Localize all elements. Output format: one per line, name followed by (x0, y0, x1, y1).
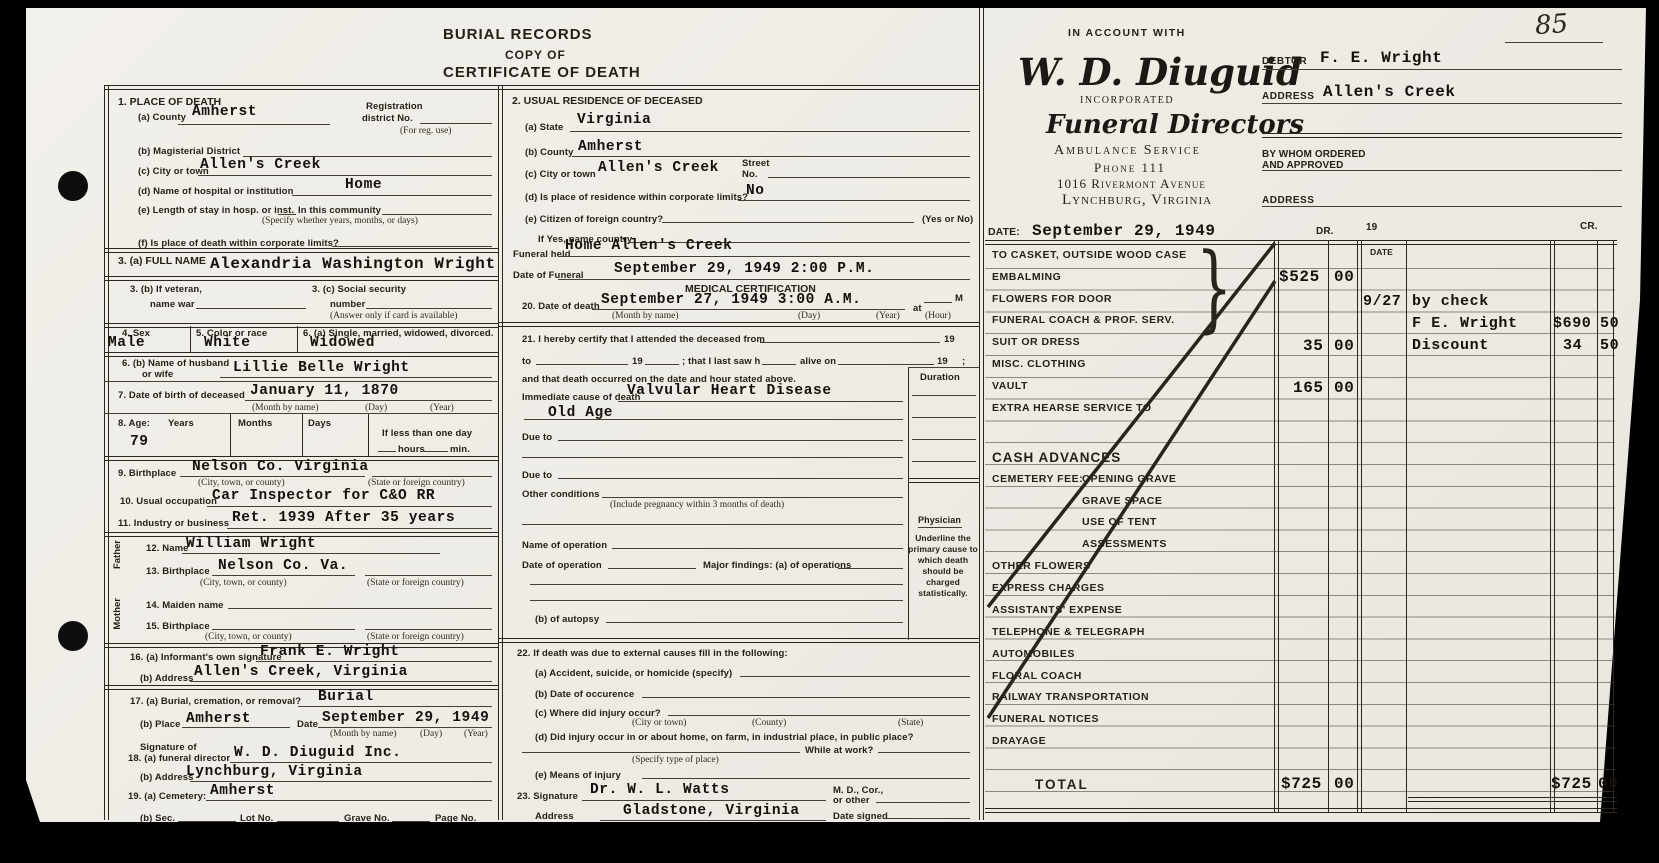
rule (1262, 69, 1622, 70)
s9-hint2: (State or foreign country) (368, 478, 465, 488)
rule (560, 256, 970, 257)
rule (668, 715, 970, 716)
spouse-label2: or wife (142, 369, 173, 380)
cause-of-death-value[interactable]: Valvular Heart Disease (627, 383, 832, 399)
s17b-label: (b) Place (140, 719, 181, 730)
rule (602, 497, 903, 498)
rule (1262, 103, 1622, 104)
s17-hint-day: (Day) (420, 729, 442, 739)
s1d-hospital-value[interactable]: Home (345, 177, 382, 193)
sex-value[interactable]: Male (108, 335, 145, 351)
firm-name-logo: W. D. Diuguid (1018, 50, 1302, 94)
s11-label: 11. Industry or business (118, 518, 229, 529)
s2b-label: (b) County (525, 147, 574, 158)
dr-total-cents[interactable]: 00 (1334, 775, 1354, 793)
rule (642, 697, 970, 698)
father-birthplace-value[interactable]: Nelson Co. Va. (218, 558, 348, 574)
rule (378, 451, 396, 452)
father-side-label: Father (112, 540, 123, 569)
rule (608, 568, 696, 569)
s2d-label: (d) Is place of residence within corpora… (525, 192, 748, 203)
incorporated-label: INCORPORATED (1080, 95, 1174, 106)
s10-label: 10. Usual occupation (120, 496, 217, 507)
s2a-label: (a) State (525, 122, 563, 133)
s21-19b: 19 (632, 356, 643, 367)
scanned-burial-record: BURIAL RECORDS COPY OF CERTIFICATE OF DE… (0, 0, 1659, 863)
rule (104, 248, 498, 253)
rule (180, 476, 365, 477)
phone-label: Phone 111 (1094, 160, 1166, 176)
s22c-hint1: (City or town) (632, 718, 686, 728)
burial-type-value[interactable]: Burial (318, 689, 374, 705)
rule (198, 175, 492, 176)
residence-county-value[interactable]: Amherst (578, 139, 643, 155)
s1-reg-label2: district No. (362, 113, 413, 124)
funeral-held-value[interactable]: Home Allen's Creek (565, 238, 732, 254)
rule (230, 414, 231, 456)
rule (924, 302, 952, 303)
s2e-hint: (Yes or No) (922, 214, 973, 225)
rule (190, 781, 492, 782)
s22d-hint: (Specify type of place) (632, 755, 719, 765)
s1a-label: (a) County (138, 112, 186, 123)
occupation-value[interactable]: Car Inspector for C&O RR (212, 488, 435, 504)
s23-label: 23. Signature (517, 791, 578, 802)
rule (908, 478, 979, 483)
s1-reg-hint: (For reg. use) (400, 126, 451, 136)
s21-aliveon: alive on (800, 356, 836, 367)
dr-total-amount[interactable]: $725 (1281, 775, 1322, 793)
rule (207, 506, 492, 507)
s13-hint2: (State or foreign country) (367, 578, 464, 588)
rule (592, 309, 905, 310)
age-value[interactable]: 79 (130, 434, 149, 450)
rule (1505, 42, 1603, 43)
rule (524, 419, 903, 420)
rule (762, 364, 796, 365)
rule (212, 575, 355, 576)
rule (606, 622, 903, 623)
dr-amount-suit[interactable]: 35 (1303, 337, 1323, 355)
s15-label: 15. Birthplace (146, 621, 210, 632)
rule (918, 527, 962, 528)
rule (420, 123, 492, 124)
s2c-label: (c) City or town (525, 169, 596, 180)
s8-years: Years (168, 418, 194, 429)
funeral-date-value[interactable]: September 29, 1949 2:00 P.M. (614, 261, 874, 277)
rule (178, 821, 236, 822)
rule (365, 629, 492, 630)
rule (104, 85, 979, 90)
rule (558, 279, 970, 280)
rule (642, 778, 970, 779)
total-label: TOTAL (1035, 777, 1089, 792)
rule (740, 676, 970, 677)
s3c-label: 3. (c) Social security (312, 284, 406, 295)
debtor-label: DEBTOR (1262, 56, 1307, 67)
rule (206, 800, 492, 801)
mother-side-label: Mother (112, 598, 123, 630)
rule (365, 575, 492, 576)
cr-cents-check[interactable]: 50 (1600, 315, 1619, 332)
cr-entry-payer[interactable]: F E. Wright (1412, 315, 1518, 332)
rule (760, 342, 940, 343)
doc-title-1: BURIAL RECORDS (443, 26, 593, 43)
physician-signature-value[interactable]: Dr. W. L. Watts (590, 782, 730, 798)
rule (498, 85, 503, 820)
funeral-director-value[interactable]: W. D. Diuguid Inc. (234, 745, 401, 761)
rule (332, 246, 492, 247)
s15-hint2: (State or foreign country) (367, 632, 464, 642)
bill-address-label: ADDRESS (1262, 91, 1314, 102)
rule (1262, 170, 1622, 171)
duration-label: Duration (920, 372, 960, 383)
dr-amount-vault[interactable]: 165 (1293, 379, 1324, 397)
ordered-by-label1: BY WHOM ORDERED (1262, 149, 1366, 160)
s20-hint-month: (Month by name) (612, 311, 679, 321)
s9-hint1: (City, town, or county) (198, 478, 285, 488)
informant-signature-value[interactable]: Frank E. Wright (260, 644, 400, 660)
s15-hint1: (City, town, or county) (205, 632, 292, 642)
rule (178, 124, 330, 125)
rule (912, 439, 976, 440)
rule (612, 548, 903, 549)
rule (298, 706, 492, 707)
due-to-1-label: Due to (522, 432, 552, 443)
rule (558, 478, 903, 479)
dr-cents-embalming[interactable]: 00 (1334, 268, 1354, 286)
s19-page: Page No. (435, 813, 476, 824)
rule (885, 818, 970, 819)
rule (876, 802, 970, 803)
bill-address-value[interactable]: Allen's Creek (1323, 83, 1456, 101)
dr-cents-vault[interactable]: 00 (1334, 379, 1354, 397)
s19-grave: Grave No. (344, 813, 390, 824)
rule (104, 685, 498, 690)
dr-cents-suit[interactable]: 00 (1334, 337, 1354, 355)
s18a-label1: Signature of (140, 742, 197, 753)
rule (1406, 241, 1407, 813)
operation-label: Name of operation (522, 540, 607, 551)
s23-signed-label: Date signed (833, 811, 888, 822)
rule (278, 214, 296, 215)
s22-work-label: While at work? (805, 745, 873, 756)
rule (182, 727, 290, 728)
rule (424, 451, 448, 452)
s1b-label: (b) Magisterial District (138, 146, 240, 157)
father-name-value[interactable]: William Wright (186, 536, 316, 552)
rule (318, 727, 492, 728)
physician-note: Underline the primary cause to which dea… (908, 533, 978, 599)
s1-reg-label: Registration (366, 101, 423, 112)
industry-value[interactable]: Ret. 1939 After 35 years (232, 510, 455, 526)
birthdate-value[interactable]: January 11, 1870 (250, 383, 399, 399)
s19a-label: 19. (a) Cemetery: (128, 791, 206, 802)
cr-column-header: CR. (1580, 221, 1598, 232)
s19b-label: (b) Sec. (140, 813, 175, 824)
rule (618, 401, 903, 402)
s8-min: min. (450, 444, 470, 455)
s20-at-label: at (913, 303, 922, 314)
rule (768, 177, 970, 178)
s22c-hint2: (County) (752, 718, 786, 728)
city-state-label: Lynchburg, Virginia (1062, 192, 1212, 209)
s20-m-label: M (955, 293, 963, 304)
punch-hole-top (58, 171, 88, 201)
cemetery-value[interactable]: Amherst (210, 783, 275, 799)
cr-entry-date[interactable]: 9/27 (1363, 293, 1401, 310)
s1e-label2: In this community (298, 205, 381, 216)
rule (1262, 206, 1622, 207)
dr-column-header: DR. (1316, 226, 1334, 237)
doc-title-3: CERTIFICATE OF DEATH (443, 64, 641, 81)
rule (600, 820, 826, 821)
s3a-label: 3. (a) FULL NAME (118, 255, 206, 267)
s9-label: 9. Birthplace (118, 468, 176, 479)
rule (104, 381, 498, 382)
physician-label: Physician (918, 515, 961, 525)
rule (104, 413, 498, 414)
s22-title: 22. If death was due to external causes … (517, 648, 788, 659)
s8-less: If less than one day (382, 428, 472, 439)
rule (392, 821, 430, 822)
cr-entry-discount[interactable]: Discount (1412, 337, 1489, 354)
s21-19a: 19 (944, 334, 955, 345)
s22a-label: (a) Accident, suicide, or homicide (spec… (535, 668, 732, 679)
s1e-label: (e) Length of stay in hosp. or inst. (138, 205, 294, 216)
residence-city-value[interactable]: Allen's Creek (598, 160, 719, 176)
rule (104, 276, 498, 281)
s20-hint-year: (Year) (876, 311, 900, 321)
s21-line1: 21. I hereby certify that I attended the… (522, 334, 765, 345)
rule (1408, 797, 1617, 802)
punch-hole-bottom (58, 621, 88, 651)
s3b-label2: name war (150, 299, 195, 310)
rule (366, 308, 492, 309)
rule (912, 461, 976, 462)
s8-months: Months (238, 418, 272, 429)
funeral-held-label: Funeral held (513, 249, 571, 260)
s3c-hint: (Answer only if card is available) (330, 311, 457, 321)
ledger-item: DRAYAGE (992, 735, 1046, 747)
rule (838, 568, 903, 569)
in-account-with-label: IN ACCOUNT WITH (1068, 27, 1186, 39)
s21-semi: ; (962, 356, 965, 367)
s22b-label: (b) Date of occurence (535, 689, 634, 700)
s23-md-label2: or other (833, 795, 870, 806)
birthplace-value[interactable]: Nelson Co. Virginia (192, 459, 369, 475)
rule (190, 326, 191, 352)
residence-state-value[interactable]: Virginia (577, 112, 651, 128)
s2e-label: (e) Citizen of foreign country? (525, 214, 663, 225)
s1d-label: (d) Name of hospital or institution (138, 186, 294, 197)
rule (196, 308, 306, 309)
cr-amount-discount[interactable]: 34 (1563, 337, 1582, 354)
s23-address-label: Address (535, 811, 574, 822)
s22e-label: (e) Means of injury (535, 770, 621, 781)
rule (570, 131, 970, 132)
rule (277, 821, 339, 822)
rule (1262, 133, 1622, 138)
rule (228, 608, 492, 609)
rule (912, 417, 976, 418)
s17-date-label: Date (297, 719, 318, 730)
corporate-limits-value[interactable]: No (746, 183, 765, 199)
year-header: 19 (1366, 222, 1377, 233)
race-value[interactable]: White (204, 335, 251, 351)
informant-address-value[interactable]: Allen's Creek, Virginia (194, 664, 408, 680)
s18a-label2: 18. (a) funeral director (128, 753, 230, 764)
ambulance-service-label: Ambulance Service (1054, 143, 1201, 159)
rule (104, 85, 109, 820)
s19-lot: Lot No. (240, 813, 273, 824)
fullname-value[interactable]: Alexandria Washington Wright (210, 255, 496, 273)
street-address-label: 1016 Rivermont Avenue (1057, 176, 1206, 192)
s21-to: to (522, 356, 531, 367)
cr-cents-discount[interactable]: 50 (1600, 337, 1619, 354)
s22c-hint3: (State) (898, 718, 923, 728)
s1c-city-value[interactable]: Allen's Creek (200, 157, 321, 173)
rule (522, 752, 800, 753)
rule (522, 457, 903, 458)
rule (558, 440, 903, 441)
rule (979, 8, 984, 820)
autopsy-label: (b) of autopsy (535, 614, 599, 625)
rule (227, 528, 492, 529)
due-to-2-label: Due to (522, 470, 552, 481)
s7-hint-day: (Day) (365, 403, 387, 413)
s7-label: 7. Date of birth of deceased (118, 390, 245, 401)
marital-value[interactable]: Widowed (310, 335, 375, 351)
address2-label: ADDRESS (1262, 195, 1314, 206)
director-address-value[interactable]: Lynchburg, Virginia (186, 764, 363, 780)
rule (368, 414, 369, 456)
rule (878, 752, 970, 753)
rule (220, 377, 492, 378)
burial-date-value[interactable]: September 29, 1949 (322, 710, 489, 726)
burial-place-value[interactable]: Amherst (186, 711, 251, 727)
rule (645, 364, 679, 365)
rule (838, 364, 934, 365)
rule (908, 367, 909, 640)
physician-address-value[interactable]: Gladstone, Virginia (623, 803, 800, 819)
rule (738, 200, 970, 201)
rule (212, 629, 355, 630)
s8-days: Days (308, 418, 331, 429)
s1e-hint: (Specify whether years, months, or days) (262, 216, 418, 226)
bill-date-label: DATE: (988, 226, 1020, 238)
s14-label: 14. Maiden name (146, 600, 224, 611)
rule (522, 524, 903, 525)
s3b-label: 3. (b) If veteran, (130, 284, 202, 295)
rule (582, 800, 826, 801)
diagonal-strikethrough-lines (985, 240, 1280, 722)
page-number-handwritten: 85 (1534, 9, 1569, 41)
rule (908, 367, 979, 368)
s20-hint-hour: (Hour) (925, 311, 951, 321)
cr-entry-bycheck[interactable]: by check (1412, 293, 1489, 310)
rule (498, 638, 979, 643)
s17-hint-month: (Month by name) (330, 729, 397, 739)
s7-hint-month: (Month by name) (252, 403, 319, 413)
rule (302, 414, 303, 456)
rule (292, 195, 492, 196)
s1a-county-value[interactable]: Amherst (192, 104, 257, 120)
cr-total-cents[interactable]: 00 (1598, 775, 1618, 793)
s13-label: 13. Birthplace (146, 566, 210, 577)
other-conditions-hint: (Include pregnancy within 3 months of de… (610, 500, 784, 510)
operation-date-label: Date of operation (522, 560, 602, 571)
debtor-value[interactable]: F. E. Wright (1320, 49, 1442, 67)
s2-street-label1: Street (742, 158, 770, 169)
rule (245, 400, 492, 401)
rule (662, 222, 914, 223)
spouse-value[interactable]: Lillie Belle Wright (233, 360, 410, 376)
rule (382, 214, 492, 215)
spouse-label: 6. (b) Name of husband (122, 358, 229, 369)
rule (498, 322, 979, 327)
s17-hint-year: (Year) (464, 729, 488, 739)
rule (190, 681, 492, 682)
s21-lastsaw: ; that I last saw h (682, 356, 760, 367)
rule (1597, 241, 1598, 813)
rule (530, 584, 903, 585)
rule (1357, 241, 1362, 813)
s3c-label2: number (330, 299, 365, 310)
s21-19c: 19 (937, 356, 948, 367)
rule (230, 762, 492, 763)
findings-label: Major findings: (a) of operations (703, 560, 851, 571)
rule (536, 364, 628, 365)
cr-amount-check[interactable]: $690 (1553, 315, 1591, 332)
rule (1328, 241, 1329, 813)
rule (256, 661, 492, 662)
s7-hint-year: (Year) (430, 403, 454, 413)
s2-street-label2: No. (742, 169, 758, 180)
s8-hours: hours (398, 444, 425, 455)
rule (104, 352, 498, 357)
rule (912, 395, 976, 396)
rule (572, 156, 970, 157)
s20-label: 20. Date of death (522, 301, 600, 312)
rule (985, 808, 1617, 813)
s16b-label: (b) Address (140, 673, 194, 684)
bill-date-value[interactable]: September 29, 1949 (1032, 222, 1216, 240)
doc-title-2: COPY OF (505, 48, 566, 62)
rule (182, 553, 440, 554)
rule (297, 326, 298, 352)
s8-label: 8. Age: (118, 418, 150, 429)
s2-title: 2. USUAL RESIDENCE OF DECEASED (512, 95, 703, 107)
s22d-label: (d) Did injury occur in or about home, o… (535, 732, 914, 743)
rule (530, 600, 903, 601)
s17a-label: 17. (a) Burial, cremation, or removal? (130, 696, 301, 707)
s13-hint1: (City, town, or county) (200, 578, 287, 588)
other-conditions-label: Other conditions (522, 489, 600, 500)
cr-total-amount[interactable]: $725 (1551, 775, 1592, 793)
s20-hint-day: (Day) (798, 311, 820, 321)
rule (372, 476, 492, 477)
death-date-value[interactable]: September 27, 1949 3:00 A.M. (601, 292, 861, 308)
dr-amount-embalming[interactable]: $525 (1279, 268, 1320, 286)
